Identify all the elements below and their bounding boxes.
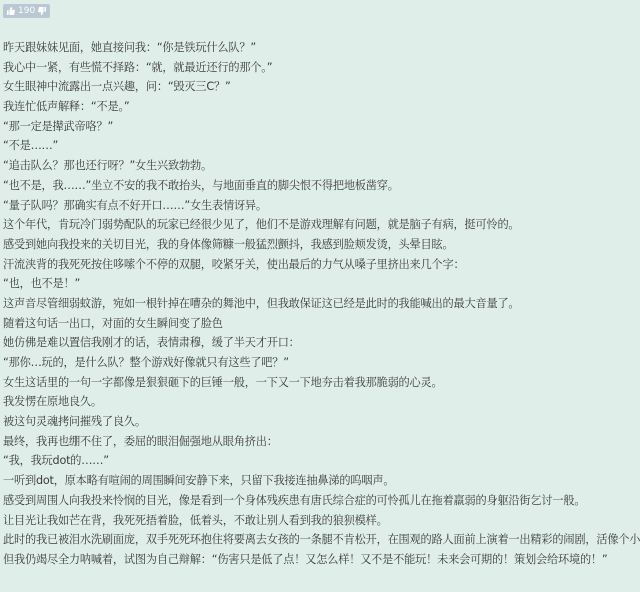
vote-badge: 190 (3, 4, 50, 18)
paragraph: “不是……” (3, 136, 637, 156)
paragraph: 我发愣在原地良久。 (3, 392, 637, 412)
paragraph: “那你…玩的，是什么队？整个游戏好像就只有这些了吧？” (3, 353, 637, 373)
paragraph: 但我仍竭尽全力呐喊着，试图为自己辩解：“伤害只是低了点！又怎么样！又不是不能玩！… (3, 550, 637, 570)
vote-count: 190 (18, 4, 35, 18)
paragraph: 女生眼神中流露出一点兴趣，问：“毁灭三C？” (3, 77, 637, 97)
paragraph: 女生这话里的一句一字都像是狠狠砸下的巨锤一般，一下又一下地夯击着我那脆弱的心灵。 (3, 373, 637, 393)
paragraph: “追击队么？那也还行呀？”女生兴致勃勃。 (3, 156, 637, 176)
paragraph: 感受到她向我投来的关切目光，我的身体像筛糠一般猛烈颤抖，我感到脸颊发烫，头晕目眩… (3, 235, 637, 255)
paragraph: 一听到dot，原本略有喧闹的周围瞬间安静下来，只留下我接连抽鼻涕的呜咽声。 (3, 471, 637, 491)
paragraph: 这个年代，肯玩冷门弱势配队的玩家已经很少见了，他们不是游戏理解有问题，就是脑子有… (3, 215, 637, 235)
paragraph: 此时的我已被泪水洗刷面庞，双手死死环抱住将要离去女孩的一条腿不肯松开，在围观的路… (3, 530, 637, 550)
paragraph: 被这句灵魂拷问摧残了良久。 (3, 412, 637, 432)
paragraph: 我连忙低声解释：“不是。” (3, 97, 637, 117)
paragraph: 让目光让我如芒在背，我死死捂着脸，低着头，不敢让别人看到我的狼狈模样。 (3, 511, 637, 531)
paragraph: “也，也不是！” (3, 274, 637, 294)
paragraph: 最终，我再也绷不住了，委屈的眼泪倔强地从眼角挤出： (3, 432, 637, 452)
paragraph: 感受到周围人向我投来怜悯的目光，像是看到一个身体残疾患有唐氏综合症的可怜孤儿在拖… (3, 491, 637, 511)
paragraph: 这声音尽管细弱蚊游，宛如一根针掉在嘈杂的舞池中，但我敢保证这已经是此时的我能喊出… (3, 294, 637, 314)
paragraph: 她仿佛是难以置信我刚才的话，表情肃穆，缓了半天才开口： (3, 333, 637, 353)
paragraph: “我，我玩dot的……” (3, 451, 637, 471)
paragraph: 我心中一紧，有些慌不择路：“就，就最近还行的那个。” (3, 58, 637, 78)
thumbs-up-icon[interactable] (7, 7, 15, 15)
post-content: 昨天跟妹妹见面，她直接问我：“你是铁玩什么队？” 我心中一紧，有些慌不择路：“就… (3, 38, 637, 570)
paragraph: “也不是，我……”坐立不安的我不敢抬头，与地面垂直的脚尖恨不得把地板凿穿。 (3, 176, 637, 196)
paragraph: “那一定是撵武帝咯？” (3, 117, 637, 137)
paragraph: 汗流浃背的我死死按住哆嗦个不停的双腿，咬紧牙关，使出最后的力气从嗓子里挤出来几个… (3, 255, 637, 275)
paragraph: “量子队吗？那确实有点不好开口……”女生表情讶异。 (3, 196, 637, 216)
paragraph: 昨天跟妹妹见面，她直接问我：“你是铁玩什么队？” (3, 38, 637, 58)
paragraph: 随着这句话一出口，对面的女生瞬间变了脸色 (3, 314, 637, 334)
thumbs-down-icon[interactable] (38, 7, 46, 15)
